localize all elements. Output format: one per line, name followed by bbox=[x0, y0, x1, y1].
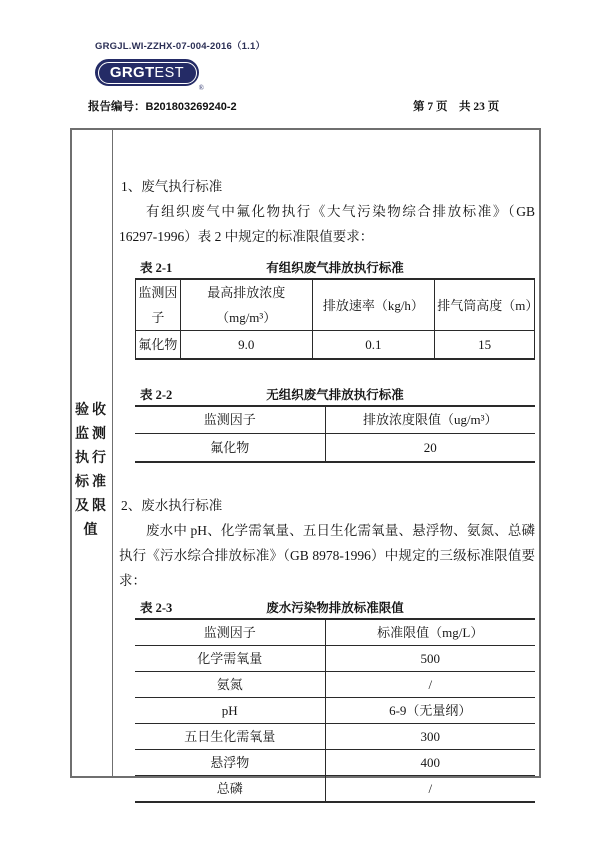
table-row: 化学需氧量 500 bbox=[135, 645, 535, 671]
report-number-line: 报告编号：B201803269240-2 bbox=[88, 97, 237, 115]
table-cell: 0.1 bbox=[312, 331, 435, 359]
main-content: 1、废气执行标准 有组织废气中氟化物执行《大气污染物综合排放标准》（GB 162… bbox=[113, 130, 539, 776]
table-2-1-caption: 表 2-1 有组织废气排放执行标准 bbox=[135, 259, 535, 278]
table-cell: 20 bbox=[325, 434, 535, 462]
table-cell: 五日生化需氧量 bbox=[135, 723, 325, 749]
registered-trademark-icon: ® bbox=[199, 84, 204, 92]
report-page: GRGJL.WI-ZZHX-07-004-2016（1.1） GRGTEST ®… bbox=[0, 0, 612, 865]
table-cell: 400 bbox=[325, 749, 535, 775]
table-row: 氨氮 / bbox=[135, 671, 535, 697]
table-header-row: 监测因子 排放浓度限值（ug/m³） bbox=[135, 406, 535, 434]
report-number-label: 报告编号： bbox=[88, 101, 146, 113]
table-row: 总磷 / bbox=[135, 775, 535, 802]
table-header-cell: 排放浓度限值（ug/m³） bbox=[325, 406, 535, 434]
table-cell: 6-9（无量纲） bbox=[325, 697, 535, 723]
content-border-box: 验收监测执行标准及限值 1、废气执行标准 有组织废气中氟化物执行《大气污染物综合… bbox=[70, 128, 541, 778]
table-row: 五日生化需氧量 300 bbox=[135, 723, 535, 749]
row-header-label: 验收监测执行标准及限值 bbox=[74, 399, 110, 543]
table-cell: 氟化物 bbox=[136, 331, 181, 359]
table-cell: 氟化物 bbox=[135, 434, 325, 462]
table-cell: 氨氮 bbox=[135, 671, 325, 697]
logo-text-bold: GRGT bbox=[110, 64, 155, 81]
company-logo: GRGTEST ® bbox=[95, 59, 201, 87]
table-cell: 悬浮物 bbox=[135, 749, 325, 775]
table-cell: 总磷 bbox=[135, 775, 325, 802]
table-2-1-title: 有组织废气排放执行标准 bbox=[135, 259, 535, 278]
table-cell: 化学需氧量 bbox=[135, 645, 325, 671]
document-control-number: GRGJL.WI-ZZHX-07-004-2016（1.1） bbox=[95, 38, 265, 52]
table-cell: 300 bbox=[325, 723, 535, 749]
section-2-heading: 2、废水执行标准 bbox=[121, 493, 535, 518]
section-2-paragraph: 废水中 pH、化学需氧量、五日生化需氧量、悬浮物、氨氮、总磷 执行《污水综合排放… bbox=[119, 518, 535, 593]
report-number-value: B201803269240-2 bbox=[146, 101, 237, 113]
table-header-cell: 监测因子 bbox=[136, 279, 181, 331]
table-row: 悬浮物 400 bbox=[135, 749, 535, 775]
table-2-2-label: 表 2-2 bbox=[140, 386, 172, 405]
section-1-heading: 1、废气执行标准 bbox=[121, 174, 535, 199]
table-header-row: 监测因子 最高排放浓度（mg/m³） 排放速率（kg/h） 排气筒高度（m） bbox=[136, 279, 535, 331]
row-header-column: 验收监测执行标准及限值 bbox=[72, 130, 113, 776]
table-2-1: 表 2-1 有组织废气排放执行标准 监测因子 最高排放浓度（mg/m³） 排放速… bbox=[135, 259, 535, 360]
table-2-3: 表 2-3 废水污染物排放标准限值 监测因子 标准限值（mg/L） 化学需氧量 … bbox=[135, 599, 535, 803]
table-cell: / bbox=[325, 671, 535, 697]
logo-pill: GRGTEST bbox=[95, 59, 199, 86]
table-cell: pH bbox=[135, 697, 325, 723]
table-cell: 15 bbox=[435, 331, 535, 359]
table-header-cell: 监测因子 bbox=[135, 406, 325, 434]
table-cell: / bbox=[325, 775, 535, 802]
table-cell: 9.0 bbox=[180, 331, 312, 359]
table-header-row: 监测因子 标准限值（mg/L） bbox=[135, 619, 535, 646]
logo-text-light: EST bbox=[154, 65, 184, 81]
table-header-cell: 最高排放浓度（mg/m³） bbox=[180, 279, 312, 331]
table-2-1-label: 表 2-1 bbox=[140, 259, 172, 278]
table-2-3-caption: 表 2-3 废水污染物排放标准限值 bbox=[135, 599, 535, 618]
page-counter: 第 7 页 共 23 页 bbox=[413, 98, 499, 114]
table-row: pH 6-9（无量纲） bbox=[135, 697, 535, 723]
section-1-paragraph: 有组织废气中氟化物执行《大气污染物综合排放标准》（GB 16297-1996）表… bbox=[119, 199, 535, 249]
table-2-2-caption: 表 2-2 无组织废气排放执行标准 bbox=[135, 386, 535, 405]
table-row: 氟化物 20 bbox=[135, 434, 535, 462]
table-2-2-title: 无组织废气排放执行标准 bbox=[135, 386, 535, 405]
table-2-3-label: 表 2-3 bbox=[140, 599, 172, 618]
table-2-2: 表 2-2 无组织废气排放执行标准 监测因子 排放浓度限值（ug/m³） 氟化物… bbox=[135, 386, 535, 463]
table-header-cell: 标准限值（mg/L） bbox=[325, 619, 535, 646]
table-row: 氟化物 9.0 0.1 15 bbox=[136, 331, 535, 359]
table-header-cell: 排放速率（kg/h） bbox=[312, 279, 435, 331]
table-header-cell: 监测因子 bbox=[135, 619, 325, 646]
table-header-cell: 排气筒高度（m） bbox=[435, 279, 535, 331]
table-cell: 500 bbox=[325, 645, 535, 671]
table-2-3-title: 废水污染物排放标准限值 bbox=[135, 599, 535, 618]
